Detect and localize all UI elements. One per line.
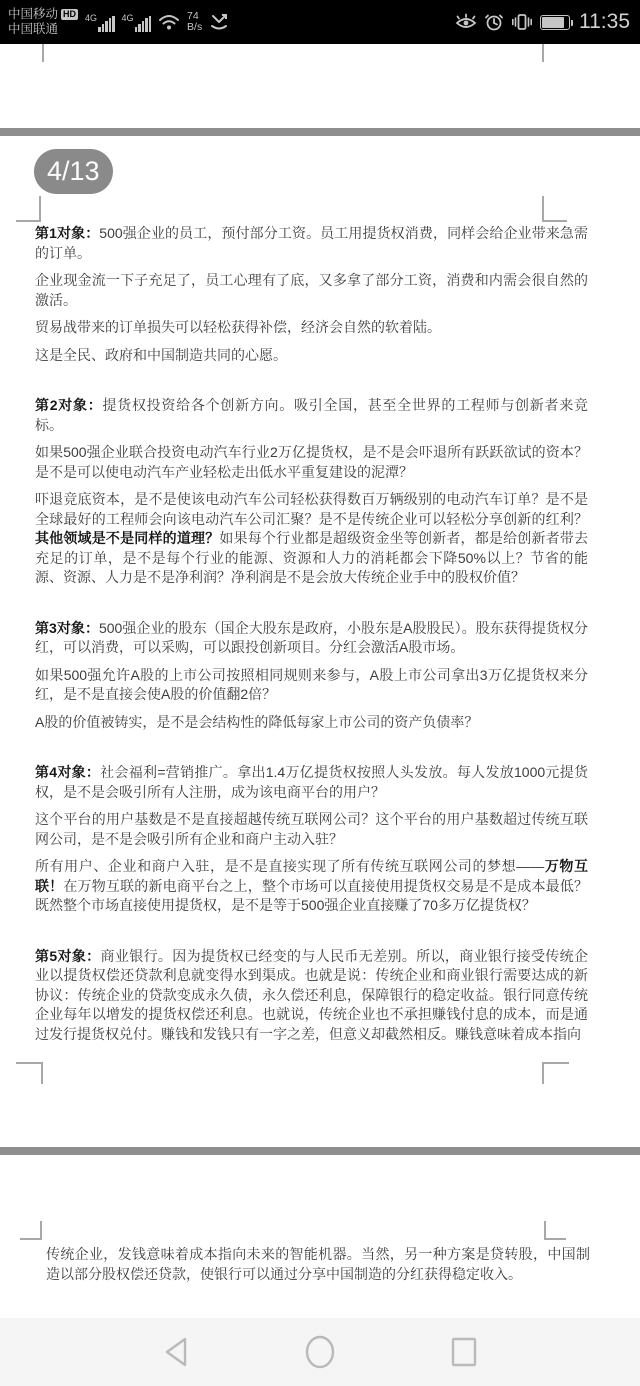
page5-content: 传统企业，发钱意味着成本指向未来的智能机器。当然，另一种方案是贷转股，中国制造以… xyxy=(0,1245,640,1284)
network-speed-unit: B/s xyxy=(187,22,202,33)
clock: 11:35 xyxy=(579,10,630,34)
recents-button[interactable] xyxy=(447,1333,481,1371)
crop-mark xyxy=(16,196,41,222)
document-viewer[interactable]: 4/13 第1对象：500强企业的员工，预付部分工资。员工用提货权消费，同样会给… xyxy=(0,44,640,1318)
paragraph: 吓退竞底资本，是不是使该电动汽车公司轻松获得数百万辆级别的电动汽车订单？是不是全… xyxy=(35,490,588,588)
status-bar-left: 中国移动 HD 中国联通 4G 4G 74 B/s xyxy=(8,7,229,37)
crop-mark xyxy=(542,44,544,62)
recents-icon xyxy=(450,1336,478,1368)
crop-mark xyxy=(20,1221,42,1240)
paragraph: 如果500强企业联合投资电动汽车行业2万亿提货权，是不是会吓退所有跃跃欲试的资本… xyxy=(35,443,588,482)
paragraph: 传统企业，发钱意味着成本指向未来的智能机器。当然，另一种方案是贷转股，中国制造以… xyxy=(46,1245,590,1284)
page-5-top-fragment: 传统企业，发钱意味着成本指向未来的智能机器。当然，另一种方案是贷转股，中国制造以… xyxy=(0,1155,640,1318)
crop-mark xyxy=(42,44,44,62)
paragraph: 这个平台的用户基数是不是直接超越传统互联网公司？这个平台的用户基数超过传统互联网… xyxy=(35,810,588,849)
back-icon xyxy=(163,1336,189,1368)
paragraph: 企业现金流一下子充足了，员工心理有了底，又多拿了部分工资，消费和内需会很自然的激… xyxy=(35,271,588,310)
hd-badge: HD xyxy=(61,9,78,20)
paragraph: 如果500强允许A股的上市公司按照相同规则来参与，A股上市公司拿出3万亿提货权来… xyxy=(35,666,588,705)
text-run: 提货权投资给各个创新方向。吸引全国，甚至全世界的工程师与创新者来竞标。 xyxy=(35,397,588,433)
bold-text-run: 第1对象： xyxy=(35,225,99,241)
text-run: 这个平台的用户基数是不是直接超越传统互联网公司？这个平台的用户基数超过传统互联网… xyxy=(35,811,588,847)
page-4: 4/13 第1对象：500强企业的员工，预付部分工资。员工用提货权消费，同样会给… xyxy=(0,136,640,1147)
text-run: 在万物互联的新电商平台之上，整个市场可以直接使用提货权交易是不是成本最低？既然整… xyxy=(35,878,588,914)
bold-text-run: 第3对象： xyxy=(35,620,99,636)
text-run: 如果500强允许A股的上市公司按照相同规则来参与，A股上市公司拿出3万亿提货权来… xyxy=(35,667,588,703)
network-type-label-2: 4G xyxy=(122,13,134,23)
document-section: 第2对象：提货权投资给各个创新方向。吸引全国，甚至全世界的工程师与创新者来竞标。… xyxy=(35,396,588,588)
text-run: 传统企业，发钱意味着成本指向未来的智能机器。当然，另一种方案是贷转股，中国制造以… xyxy=(46,1246,590,1282)
vibrate-icon xyxy=(511,13,533,31)
text-run: A股的价值被铸实，是不是会结构性的降低每家上市公司的资产负债率？ xyxy=(35,714,478,730)
text-run: 这是全民、政府和中国制造共同的心愿。 xyxy=(35,347,287,363)
crop-mark xyxy=(544,1221,566,1240)
android-nav-bar xyxy=(0,1318,640,1386)
carrier-labels: 中国移动 HD 中国联通 xyxy=(8,7,78,37)
text-run: 所有用户、企业和商户入驻，是不是直接实现了所有传统互联网公司的梦想—— xyxy=(35,858,544,874)
signal-bars-sim2-icon: 4G xyxy=(122,12,152,32)
bold-text-run: 第5对象： xyxy=(35,948,101,964)
document-section: 第1对象：500强企业的员工，预付部分工资。员工用提货权消费，同样会给企业带来急… xyxy=(35,224,588,365)
document-section: 第4对象：社会福利=营销推广。拿出1.4万亿提货权按照人头发放。每人发放1000… xyxy=(35,763,588,916)
paragraph: 这是全民、政府和中国制造共同的心愿。 xyxy=(35,346,588,366)
crop-mark xyxy=(542,196,567,222)
crop-mark xyxy=(16,1062,43,1084)
text-run: 500强企业的员工，预付部分工资。员工用提货权消费，同样会给企业带来急需的订单。 xyxy=(35,225,588,261)
eye-protection-icon xyxy=(455,13,477,31)
bold-text-run: 第2对象： xyxy=(35,397,102,413)
carrier-name-2: 中国联通 xyxy=(8,22,78,37)
bold-text-run: 第4对象： xyxy=(35,764,100,780)
text-run: 如果500强企业联合投资电动汽车行业2万亿提货权，是不是会吓退所有跃跃欲试的资本… xyxy=(35,444,588,480)
paragraph: 第1对象：500强企业的员工，预付部分工资。员工用提货权消费，同样会给企业带来急… xyxy=(35,224,588,263)
paragraph: 第3对象：500强企业的股东（国企大股东是政府，小股东是A股股民）。股东获得提货… xyxy=(35,619,588,658)
home-button[interactable] xyxy=(303,1333,337,1371)
carrier-name-1: 中国移动 xyxy=(8,7,58,22)
signal-bars-sim1-icon: 4G xyxy=(85,12,115,32)
status-bar-right: 11:35 xyxy=(455,10,630,34)
page-gap-divider xyxy=(0,1147,640,1155)
paragraph: 第4对象：社会福利=营销推广。拿出1.4万亿提货权按照人头发放。每人发放1000… xyxy=(35,763,588,802)
battery-icon xyxy=(540,15,570,30)
paragraph: 第5对象：商业银行。因为提货权已经变的与人民币无差别。所以，商业银行接受传统企业… xyxy=(35,947,588,1045)
document-section: 第3对象：500强企业的股东（国企大股东是政府，小股东是A股股民）。股东获得提货… xyxy=(35,619,588,733)
page-3-bottom-fragment xyxy=(0,44,640,128)
back-button[interactable] xyxy=(159,1333,193,1371)
paragraph: A股的价值被铸实，是不是会结构性的降低每家上市公司的资产负债率？ xyxy=(35,713,588,733)
page-number-badge: 4/13 xyxy=(34,149,113,194)
status-bar: 中国移动 HD 中国联通 4G 4G 74 B/s xyxy=(0,0,640,44)
text-run: 吓退竞底资本，是不是使该电动汽车公司轻松获得数百万辆级别的电动汽车订单？是不是全… xyxy=(35,491,588,527)
missed-call-icon xyxy=(209,13,229,31)
text-run: 企业现金流一下子充足了，员工心理有了底，又多拿了部分工资，消费和内需会很自然的激… xyxy=(35,272,588,308)
home-icon xyxy=(304,1334,336,1370)
text-run: 500强企业的股东（国企大股东是政府，小股东是A股股民）。股东获得提货权分红，可… xyxy=(35,620,588,656)
bold-text-run: 其他领域是不是同样的道理？ xyxy=(35,530,219,546)
paragraph: 贸易战带来的订单损失可以轻松获得补偿，经济会自然的软着陆。 xyxy=(35,318,588,338)
text-run: 商业银行。因为提货权已经变的与人民币无差别。所以，商业银行接受传统企业以提货权偿… xyxy=(35,948,588,1042)
alarm-clock-icon xyxy=(484,13,504,31)
page4-sections: 第1对象：500强企业的员工，预付部分工资。员工用提货权消费，同样会给企业带来急… xyxy=(0,224,640,1044)
document-section: 第5对象：商业银行。因为提货权已经变的与人民币无差别。所以，商业银行接受传统企业… xyxy=(35,947,588,1045)
crop-mark xyxy=(542,1062,569,1084)
text-run: 社会福利=营销推广。拿出1.4万亿提货权按照人头发放。每人发放1000元提货权，… xyxy=(35,764,588,800)
page-gap-divider xyxy=(0,128,640,136)
network-speed: 74 B/s xyxy=(187,11,202,33)
network-type-label-1: 4G xyxy=(85,13,97,23)
text-run: 贸易战带来的订单损失可以轻松获得补偿，经济会自然的软着陆。 xyxy=(35,319,441,335)
paragraph: 第2对象：提货权投资给各个创新方向。吸引全国，甚至全世界的工程师与创新者来竞标。 xyxy=(35,396,588,435)
wifi-icon xyxy=(158,13,180,31)
paragraph: 所有用户、企业和商户入驻，是不是直接实现了所有传统互联网公司的梦想——万物互联！… xyxy=(35,857,588,916)
